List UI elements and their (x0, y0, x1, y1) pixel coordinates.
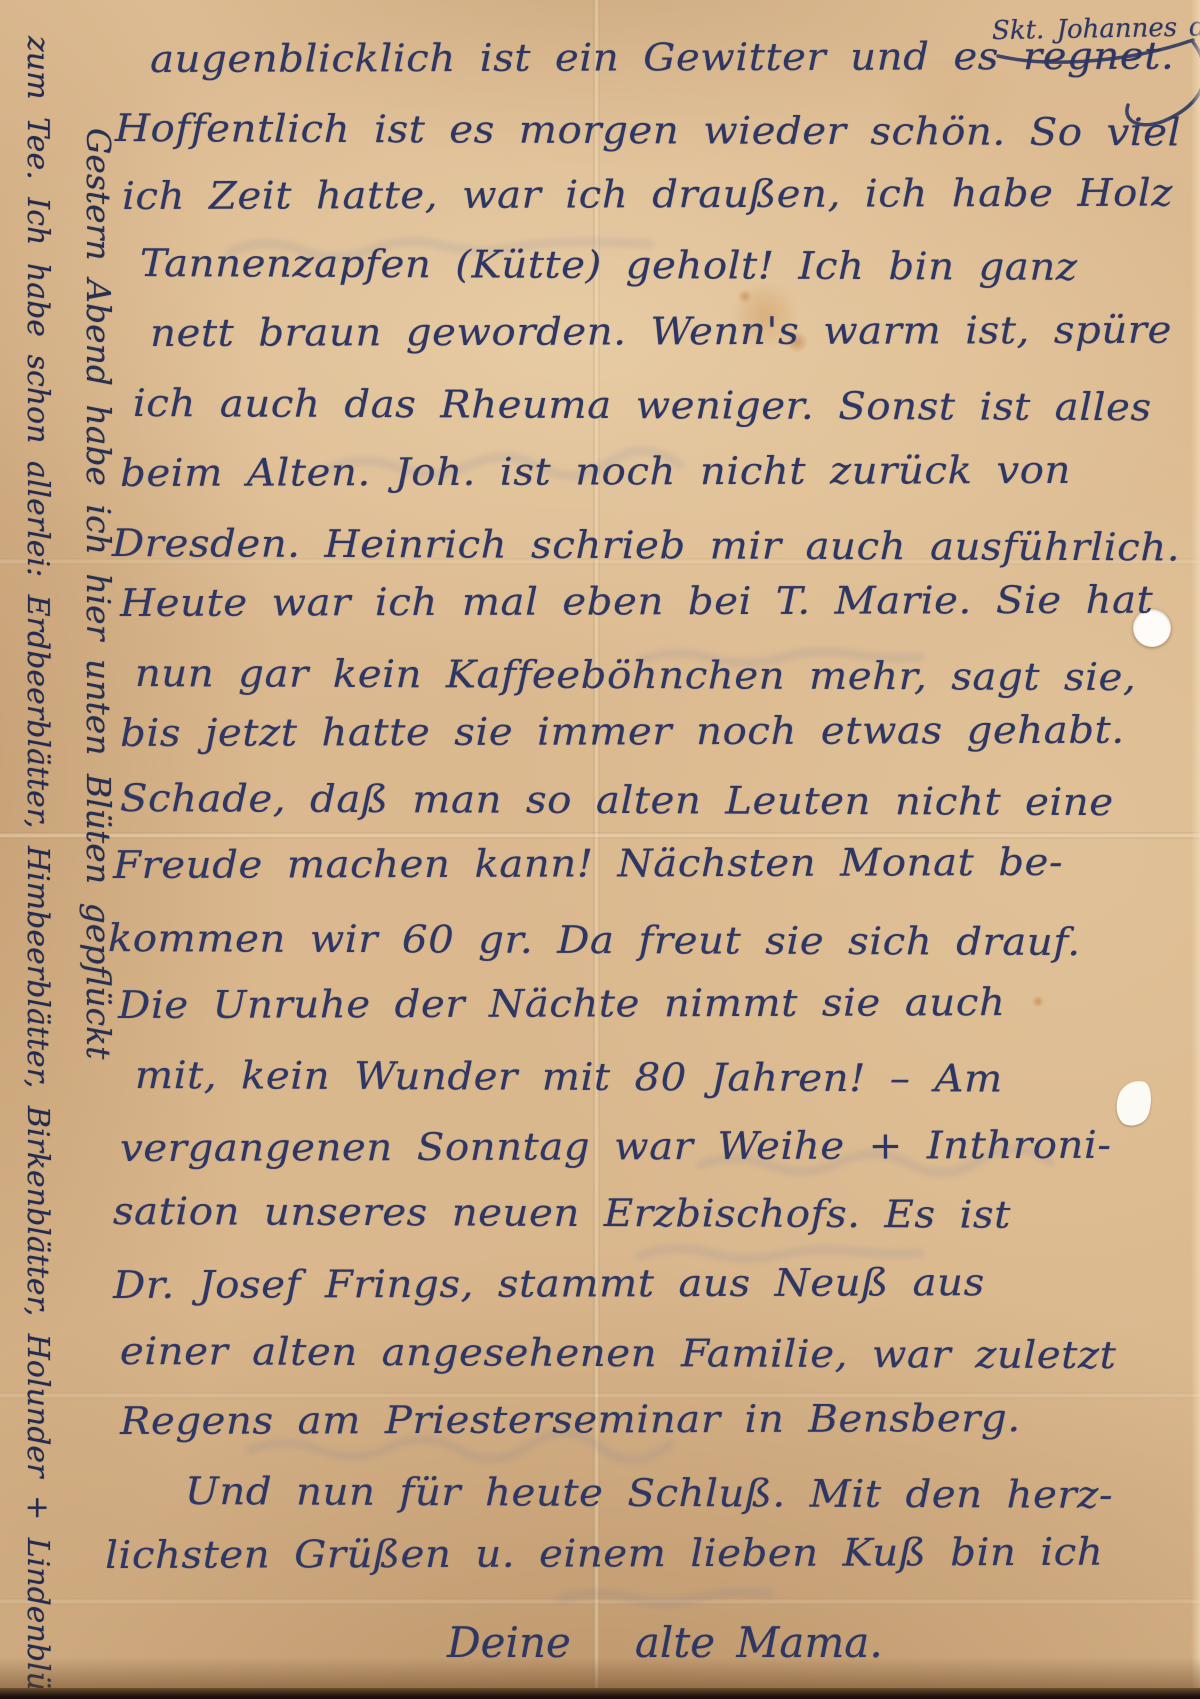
margin-note-line: Gestern Abend habe ich hier unten Blüten… (77, 128, 119, 928)
letter-line: vergangenen Sonntag war Weihe + Inthroni… (120, 1123, 1112, 1170)
letter-line: Freude machen kann! Nächsten Monat be- (113, 840, 1063, 887)
letter-line: nun gar kein Kaffeeböhnchen mehr, sagt s… (135, 651, 1137, 699)
letter-line: Die Unruhe der Nächte nimmt sie auch (118, 980, 1005, 1027)
fold-crease-horizontal-middle (0, 832, 1200, 839)
letter-line: Heute war ich mal eben bei T. Marie. Sie… (120, 578, 1153, 625)
letter-line: augenblicklich ist ein Gewitter und es r… (150, 34, 1174, 81)
page-edge-right (1191, 0, 1200, 1699)
letter-line: Und nun für heute Schluß. Mit den herz- (185, 1469, 1113, 1517)
paper-damage-spot (1112, 1077, 1156, 1130)
letter-line: Dr. Josef Frings, stammt aus Neuß aus (113, 1260, 985, 1307)
letter-line: lichsten Grüßen u. einem lieben Kuß bin … (105, 1530, 1103, 1577)
page-edge-bottom (0, 1688, 1200, 1699)
letter-line: sation unseres neuen Erzbischofs. Es ist (113, 1189, 1011, 1237)
paper-stain (1032, 996, 1044, 1007)
letter-line: kommen wir 60 gr. Da freut sie sich drau… (108, 916, 1081, 964)
page-edge-shadow (0, 1657, 1200, 1689)
letter-line: bis jetzt hatte sie immer noch etwas geh… (120, 708, 1125, 755)
letter-line: Regens am Priesterseminar in Bensberg. (120, 1396, 1021, 1443)
letter-line: mit, kein Wunder mit 80 Jahren! – Am (135, 1053, 1003, 1101)
letter-line: nett braun geworden. Wenn's warm ist, sp… (150, 308, 1172, 355)
letter-line: ich Zeit hatte, war ich draußen, ich hab… (122, 170, 1200, 218)
letter-line: ich auch das Rheuma weniger. Sonst ist a… (133, 381, 1152, 429)
paper-stain (738, 290, 752, 303)
fold-crease-horizontal-bottom (0, 1598, 1200, 1605)
letter-page: Skt. Johannes d.T. augenblicklich ist ei… (0, 0, 1200, 1699)
letter-line: Dresden. Heinrich schrieb mir auch ausfü… (112, 521, 1180, 569)
letter-line: beim Alten. Joh. ist noch nicht zurück v… (120, 448, 1071, 495)
letter-line: Tannenzapfen (Kütte) geholt! Ich bin gan… (140, 241, 1078, 289)
margin-note-line: zum Tee. Ich habe schon allerlei: Erdbee… (18, 36, 56, 1691)
letter-line: Schade, daß man so alten Leuten nicht ei… (120, 776, 1114, 824)
letter-line: einer alten angesehenen Familie, war zul… (120, 1329, 1117, 1377)
letter-line: Hoffentlich ist es morgen wieder schön. … (115, 106, 1181, 154)
